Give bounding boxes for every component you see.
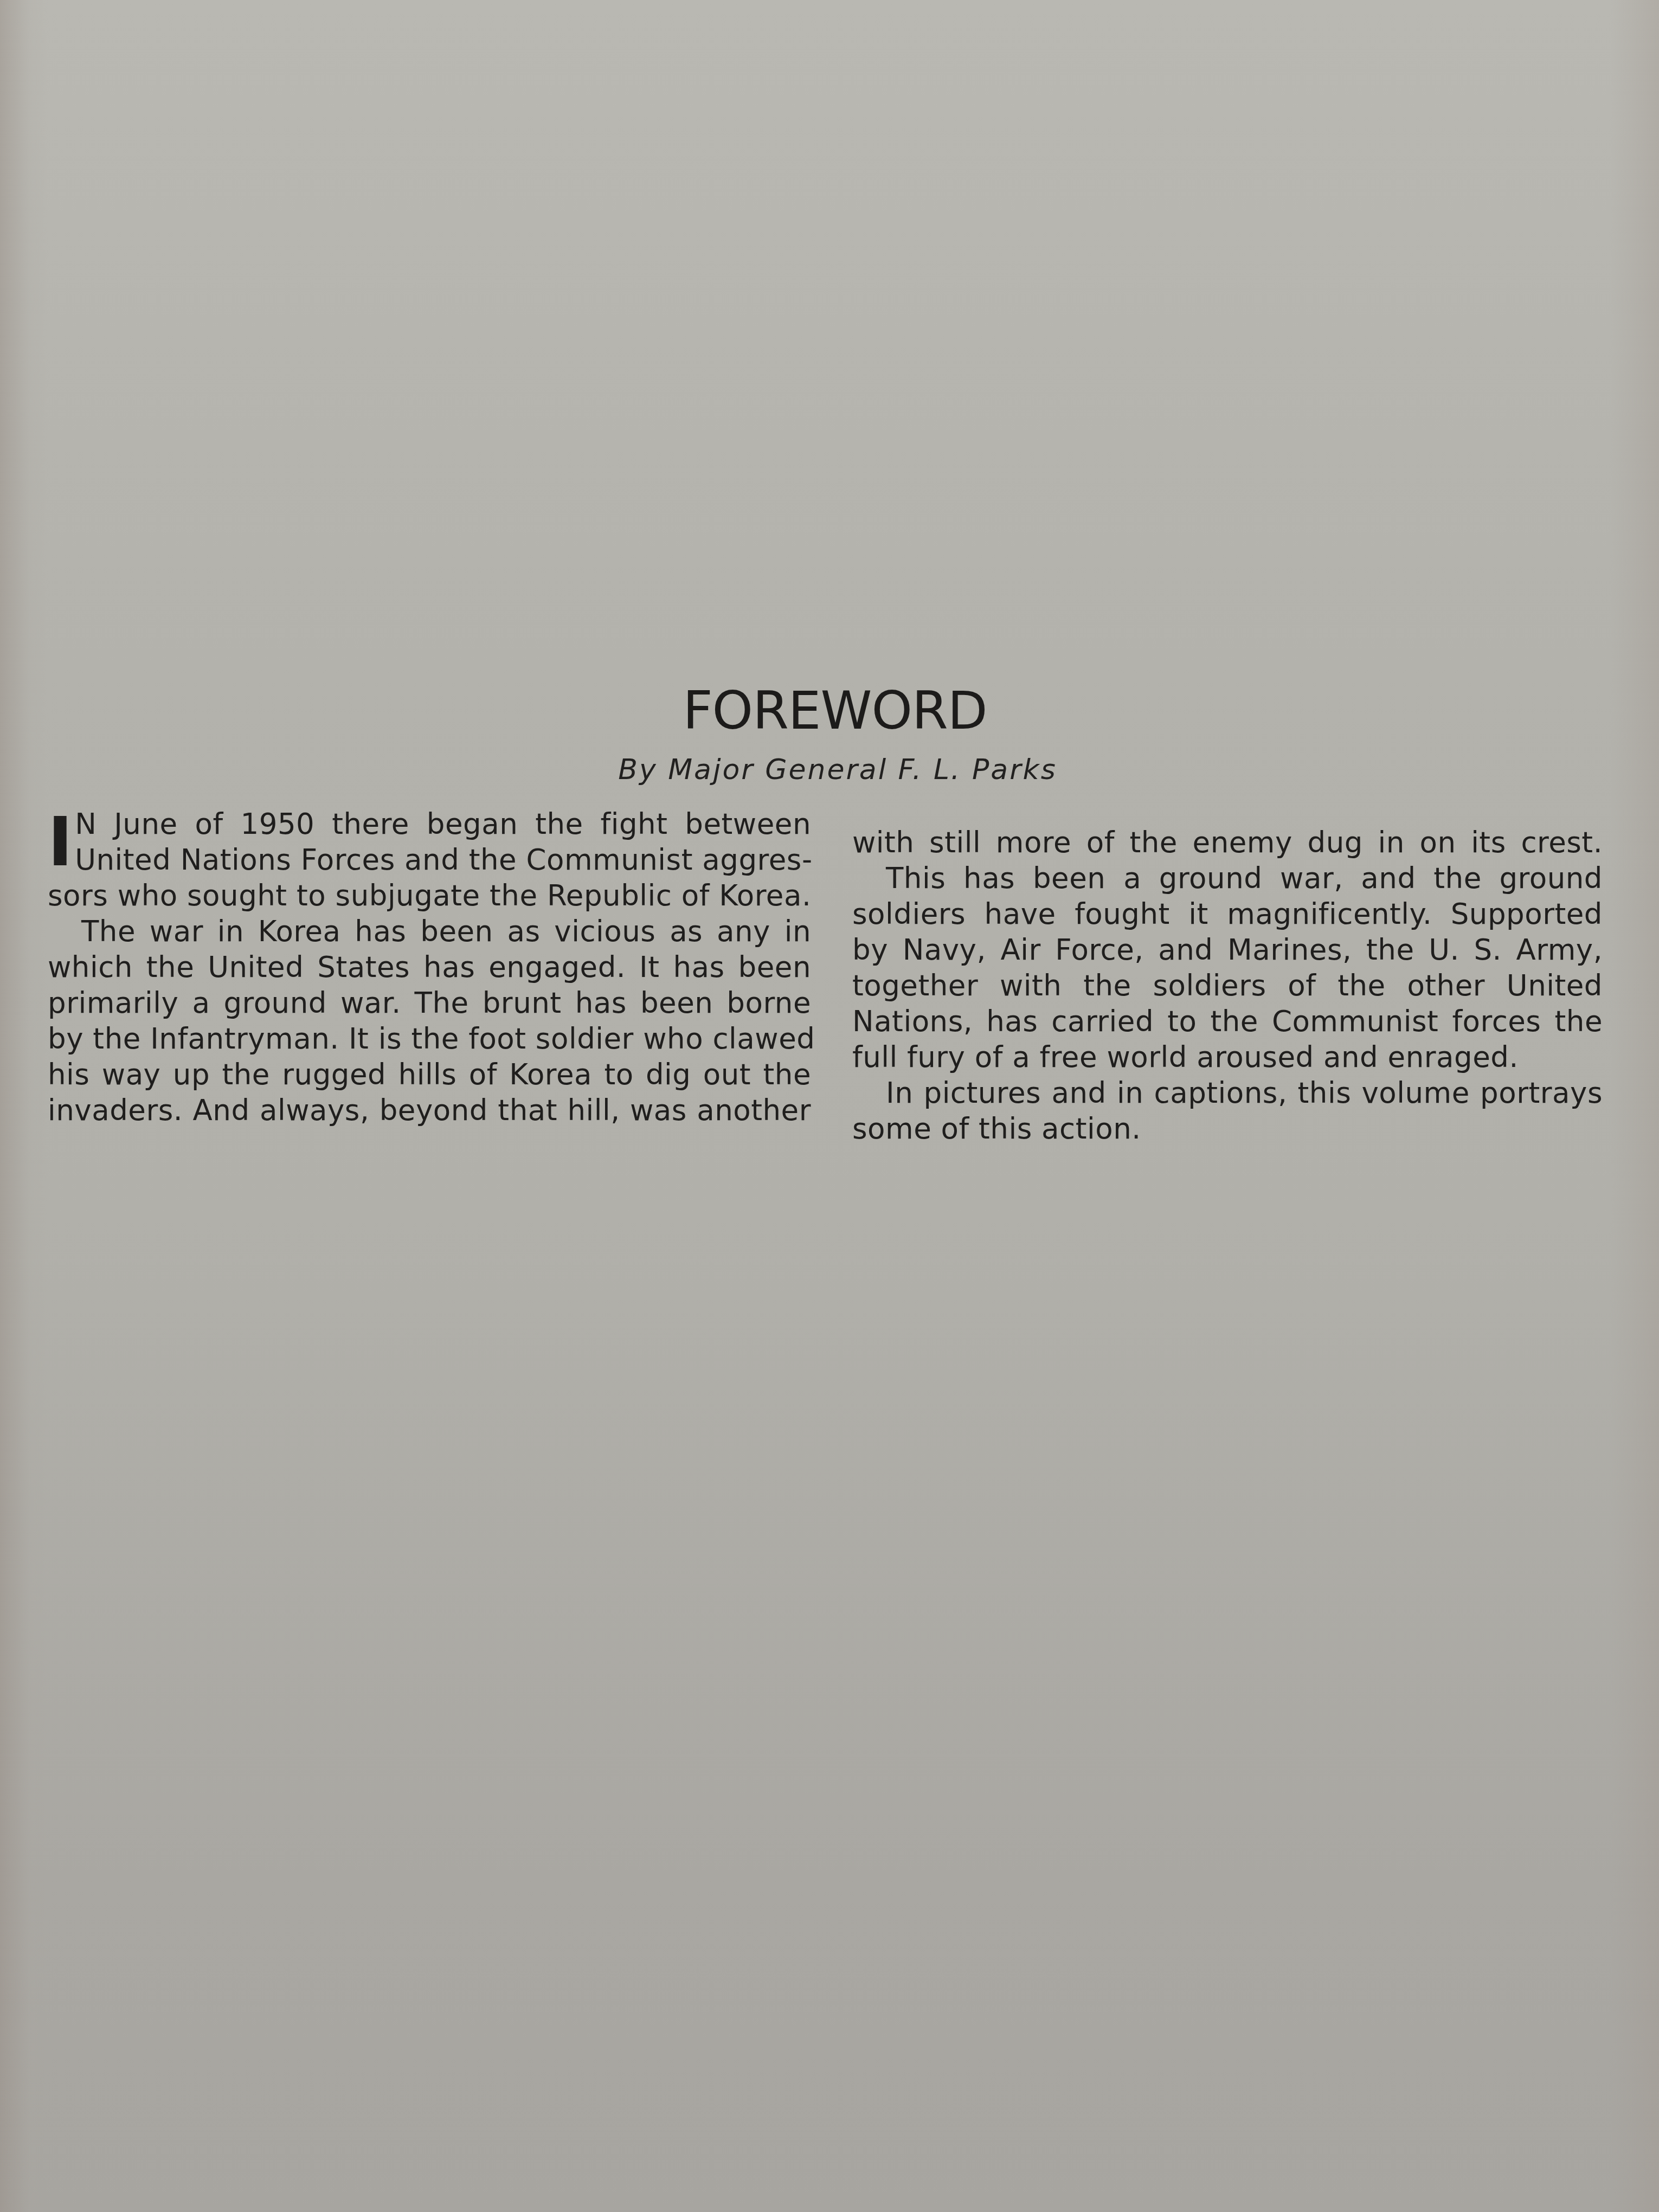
text-line: The war in Korea has been as vicious as … [48, 914, 811, 950]
text-column-left: I N June of 1950 there began the fight b… [48, 807, 811, 1129]
page-edge-shadow-left [0, 0, 49, 2212]
text-line: United Nations Forces and the Communist … [48, 843, 811, 878]
text-line: soldiers have fought it magnificently. S… [852, 897, 1603, 933]
text-line: his way up the rugged hills of Korea to … [48, 1057, 811, 1093]
text-line: N June of 1950 there began the fight bet… [48, 807, 811, 843]
text-column-right: with still more of the enemy dug in on i… [852, 825, 1603, 1147]
text-line: with still more of the enemy dug in on i… [852, 825, 1603, 861]
text-line: In pictures and in captions, this volume… [852, 1076, 1603, 1111]
drop-cap-lines: N June of 1950 there began the fight bet… [48, 807, 811, 878]
text-line: some of this action. [852, 1111, 1603, 1147]
text-line: This has been a ground war, and the grou… [852, 861, 1603, 897]
text-line: sors who sought to subjugate the Republi… [48, 878, 811, 914]
text-line: by the Infantryman. It is the foot soldi… [48, 1021, 811, 1057]
text-line: which the United States has engaged. It … [48, 950, 811, 986]
author-byline: By Major General F. L. Parks [0, 754, 1659, 786]
text-line: Nations, has carried to the Communist fo… [852, 1004, 1603, 1040]
text-line: by Navy, Air Force, and Marines, the U. … [852, 933, 1603, 968]
text-line: invaders. And always, beyond that hill, … [48, 1093, 811, 1129]
text-line: primarily a ground war. The brunt has be… [48, 986, 811, 1021]
page-edge-shadow-right [1610, 0, 1659, 2212]
text-line: together with the soldiers of the other … [852, 968, 1603, 1004]
drop-cap: I [48, 811, 73, 874]
page-title: FOREWORD [0, 680, 1659, 741]
text-line: full fury of a free world aroused and en… [852, 1040, 1603, 1076]
